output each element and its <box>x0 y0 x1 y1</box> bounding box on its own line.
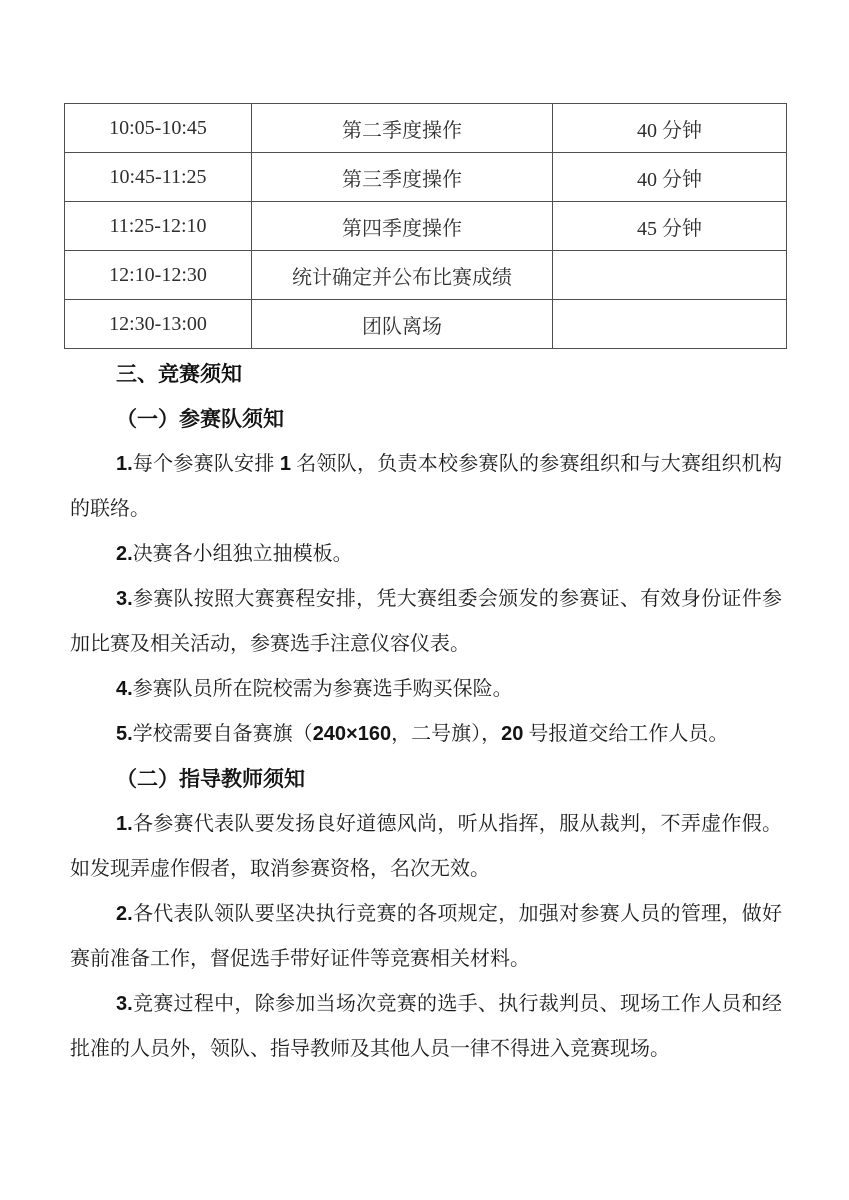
body-text: 竞赛过程中，除参加当场次竞赛的选手、执行裁判员、现场工作人员和经批准的人员外，领… <box>70 993 782 1060</box>
duration-cell: 40 分钟 <box>553 153 787 202</box>
body-text: 各参赛代表队要发扬良好道德风尚，听从指挥，服从裁判，不弄虚作假。如发现弄虚作假者… <box>70 813 782 880</box>
notice-paragraph-1-4: 4.参赛队员所在院校需为参赛选手购买保险。 <box>70 667 782 712</box>
activity-cell: 团队离场 <box>252 300 553 349</box>
duration-cell: 40 分钟 <box>553 104 787 153</box>
table-row: 12:30-13:00 团队离场 <box>65 300 787 349</box>
notice-paragraph-1-3: 3.参赛队按照大赛赛程安排，凭大赛组委会颁发的参赛证、有效身份证件参加比赛及相关… <box>70 577 782 667</box>
body-text: 各代表队领队要坚决执行竞赛的各项规定，加强对参赛人员的管理，做好赛前准备工作，督… <box>70 903 782 970</box>
notice-paragraph-1-5: 5.学校需要自备赛旗（240×160，二号旗），20 号报道交给工作人员。 <box>70 712 782 757</box>
body-text: 学校需要自备赛旗（ <box>133 723 313 745</box>
emphasized-number-text: 3. <box>116 588 133 610</box>
table-row: 11:25-12:10 第四季度操作 45 分钟 <box>65 202 787 251</box>
notice-paragraph-2-1: 1.各参赛代表队要发扬良好道德风尚，听从指挥，服从裁判，不弄虚作假。如发现弄虚作… <box>70 802 782 892</box>
section-heading: 三、竞赛须知 <box>70 352 782 397</box>
notice-paragraph-2-2: 2.各代表队领队要坚决执行竞赛的各项规定，加强对参赛人员的管理，做好赛前准备工作… <box>70 892 782 982</box>
duration-cell <box>553 300 787 349</box>
body-text: ，二号旗）， <box>391 723 501 745</box>
emphasized-number-text: 20 <box>501 723 523 745</box>
emphasized-number-text: 1. <box>116 813 133 835</box>
emphasized-number-text: 2. <box>116 543 133 565</box>
emphasized-number-text: 2. <box>116 903 133 925</box>
activity-cell: 第三季度操作 <box>252 153 553 202</box>
notice-paragraph-1-2: 2.决赛各小组独立抽模板。 <box>70 532 782 577</box>
document-body: 三、竞赛须知 （一）参赛队须知 1.每个参赛队安排 1 名领队，负责本校参赛队的… <box>70 352 782 1072</box>
table-row: 12:10-12:30 统计确定并公布比赛成绩 <box>65 251 787 300</box>
emphasized-number-text: 1 <box>280 453 291 475</box>
emphasized-number-text: 240×160 <box>313 723 391 745</box>
activity-cell: 第二季度操作 <box>252 104 553 153</box>
table-row: 10:05-10:45 第二季度操作 40 分钟 <box>65 104 787 153</box>
subsection-2-title: （二）指导教师须知 <box>70 757 782 802</box>
body-text: 参赛队员所在院校需为参赛选手购买保险。 <box>133 678 513 700</box>
activity-cell: 统计确定并公布比赛成绩 <box>252 251 553 300</box>
body-text: 号报道交给工作人员。 <box>523 723 728 745</box>
notice-paragraph-2-3: 3.竞赛过程中，除参加当场次竞赛的选手、执行裁判员、现场工作人员和经批准的人员外… <box>70 982 782 1072</box>
body-text: 参赛队按照大赛赛程安排，凭大赛组委会颁发的参赛证、有效身份证件参加比赛及相关活动… <box>70 588 782 655</box>
table-row: 10:45-11:25 第三季度操作 40 分钟 <box>65 153 787 202</box>
schedule-table: 10:05-10:45 第二季度操作 40 分钟 10:45-11:25 第三季… <box>64 103 787 349</box>
time-cell: 12:30-13:00 <box>65 300 252 349</box>
time-cell: 10:05-10:45 <box>65 104 252 153</box>
document-page: 10:05-10:45 第二季度操作 40 分钟 10:45-11:25 第三季… <box>0 0 849 1200</box>
time-cell: 10:45-11:25 <box>65 153 252 202</box>
emphasized-number-text: 1. <box>116 453 133 475</box>
notice-paragraph-1-1: 1.每个参赛队安排 1 名领队，负责本校参赛队的参赛组织和与大赛组织机构的联络。 <box>70 442 782 532</box>
subsection-1-title: （一）参赛队须知 <box>70 397 782 442</box>
body-text: 决赛各小组独立抽模板。 <box>133 543 353 565</box>
time-cell: 12:10-12:30 <box>65 251 252 300</box>
duration-cell <box>553 251 787 300</box>
body-text: 每个参赛队安排 <box>133 453 280 475</box>
activity-cell: 第四季度操作 <box>252 202 553 251</box>
duration-cell: 45 分钟 <box>553 202 787 251</box>
emphasized-number-text: 3. <box>116 993 133 1015</box>
emphasized-number-text: 5. <box>116 723 133 745</box>
emphasized-number-text: 4. <box>116 678 133 700</box>
time-cell: 11:25-12:10 <box>65 202 252 251</box>
